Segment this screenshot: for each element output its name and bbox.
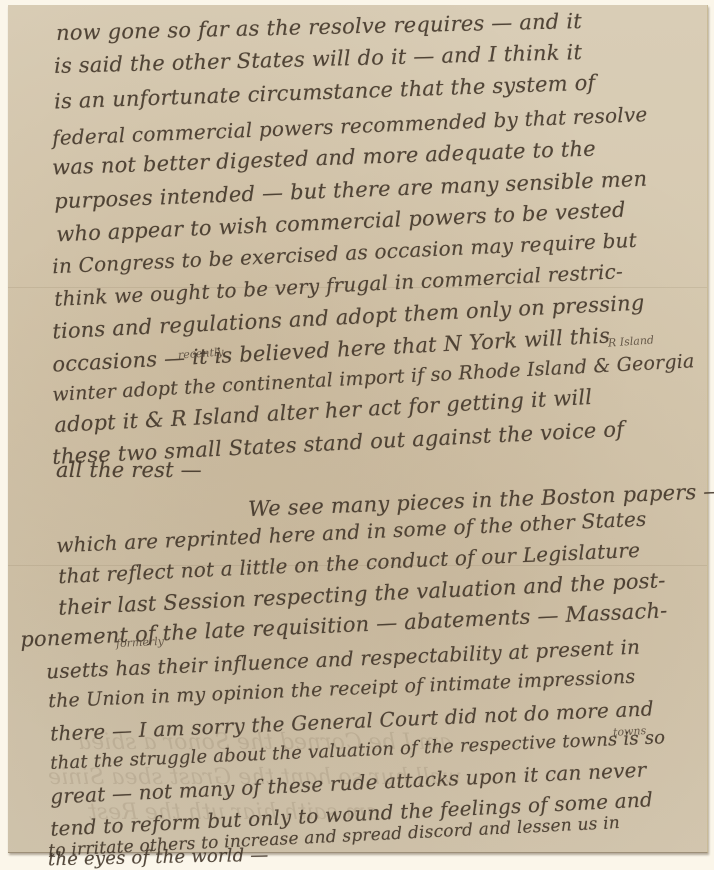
handwritten-line: all the rest — bbox=[56, 458, 202, 482]
handwritten-line: is said the other States will do it — an… bbox=[54, 40, 583, 78]
handwritten-line: the eyes of the world — bbox=[48, 845, 269, 868]
interlinear-insertion: R Island bbox=[608, 333, 655, 349]
letter-page: am I be Corned the Sonor a sbiea wall hu… bbox=[8, 5, 708, 853]
interlinear-insertion: formerly bbox=[116, 635, 165, 650]
handwritten-line: now gone so far as the resolve requires … bbox=[56, 9, 582, 45]
